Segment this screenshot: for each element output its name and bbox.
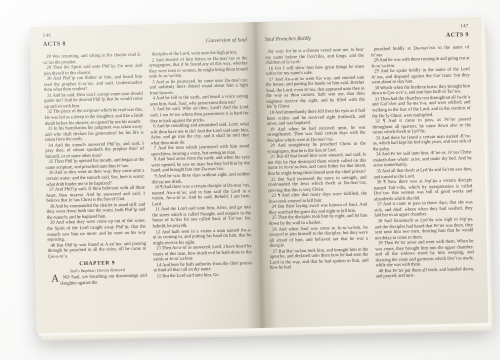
page-right: 147 Saul Preaches Boldly ACTS 9 thy way:… [256,17,489,328]
verse: 15 But the Lord said unto him, Go [154,271,253,279]
verses-acts8: 28 Was returning, and sitting in his cha… [43,52,146,259]
verse: 36 ¶ Now there was at Jopʼpa a certain d… [374,177,473,201]
running-head-book-left: ACTS 8 [43,41,66,48]
verse: 6 And he trembling and astonished said, … [150,121,249,145]
verse: 26 And when Saul was come to Je-ruʼsa-le… [269,224,368,248]
column-2: disciples of the Lord, went unto the hig… [149,49,253,284]
chapter-opening-verse: AND Saul, yet breathing out threatenings… [48,273,147,286]
verse: 38 And forasmuch as Lydʼda was nigh to J… [375,216,474,240]
verse: 17 And An-a-niʼas went his way, and ente… [266,74,365,110]
text-columns-right: thy way: for he is a chosen vessel unto … [265,44,474,282]
open-bible-book: 146 ACTS 8 Conversion of Saul 28 Was ret… [30,17,489,333]
column-4: preached boldly at Da-masʼcus in the nam… [371,44,475,279]
verses-acts9-a: disciples of the Lord, went unto the hig… [149,49,253,279]
verse: 31 Then had the churches rest throughout… [372,94,471,118]
verse: 40 But Philʼip was found at A-zoʼtus: an… [47,240,146,259]
drop-cap: A [48,275,60,284]
verse: 11 And the Lord said unto him, Arise, an… [152,205,251,229]
verses-acts9-b: thy way: for he is a chosen vessel unto … [265,47,369,271]
verse: 2 And desired of him letters to Da-masʼc… [149,55,248,79]
page-left: 146 ACTS 8 Conversion of Saul 28 Was ret… [30,22,263,333]
verse: 10 ¶ And there was a certain disciple at… [152,182,251,206]
verse: 40 But Peʼter put them all forth, and kn… [376,266,475,279]
text-columns-left: 28 Was returning, and sitting in his cha… [43,49,252,286]
running-head-book-right: ACTS 9 [446,32,469,39]
column-3: thy way: for he is a chosen vessel unto … [265,47,369,282]
verses-acts9-c: preached boldly at Da-masʼcus in the nam… [371,44,475,279]
running-head-title-right: Saul Preaches Boldly [265,36,311,43]
opening-text: ND Saul, yet breathing out threatenings … [60,273,147,286]
verse: 27 But Barʼna-bas took him, and brought … [270,246,369,270]
verse: 39 Then Peʼter arose and went with them.… [375,238,474,268]
verse: 21 But all that heard him were amazed, a… [268,152,367,176]
verse: 39 And when they were come up out of the… [47,218,146,242]
column-1: 28 Was returning, and sitting in his cha… [43,52,147,287]
running-head-title-left: Conversion of Saul [206,37,247,44]
